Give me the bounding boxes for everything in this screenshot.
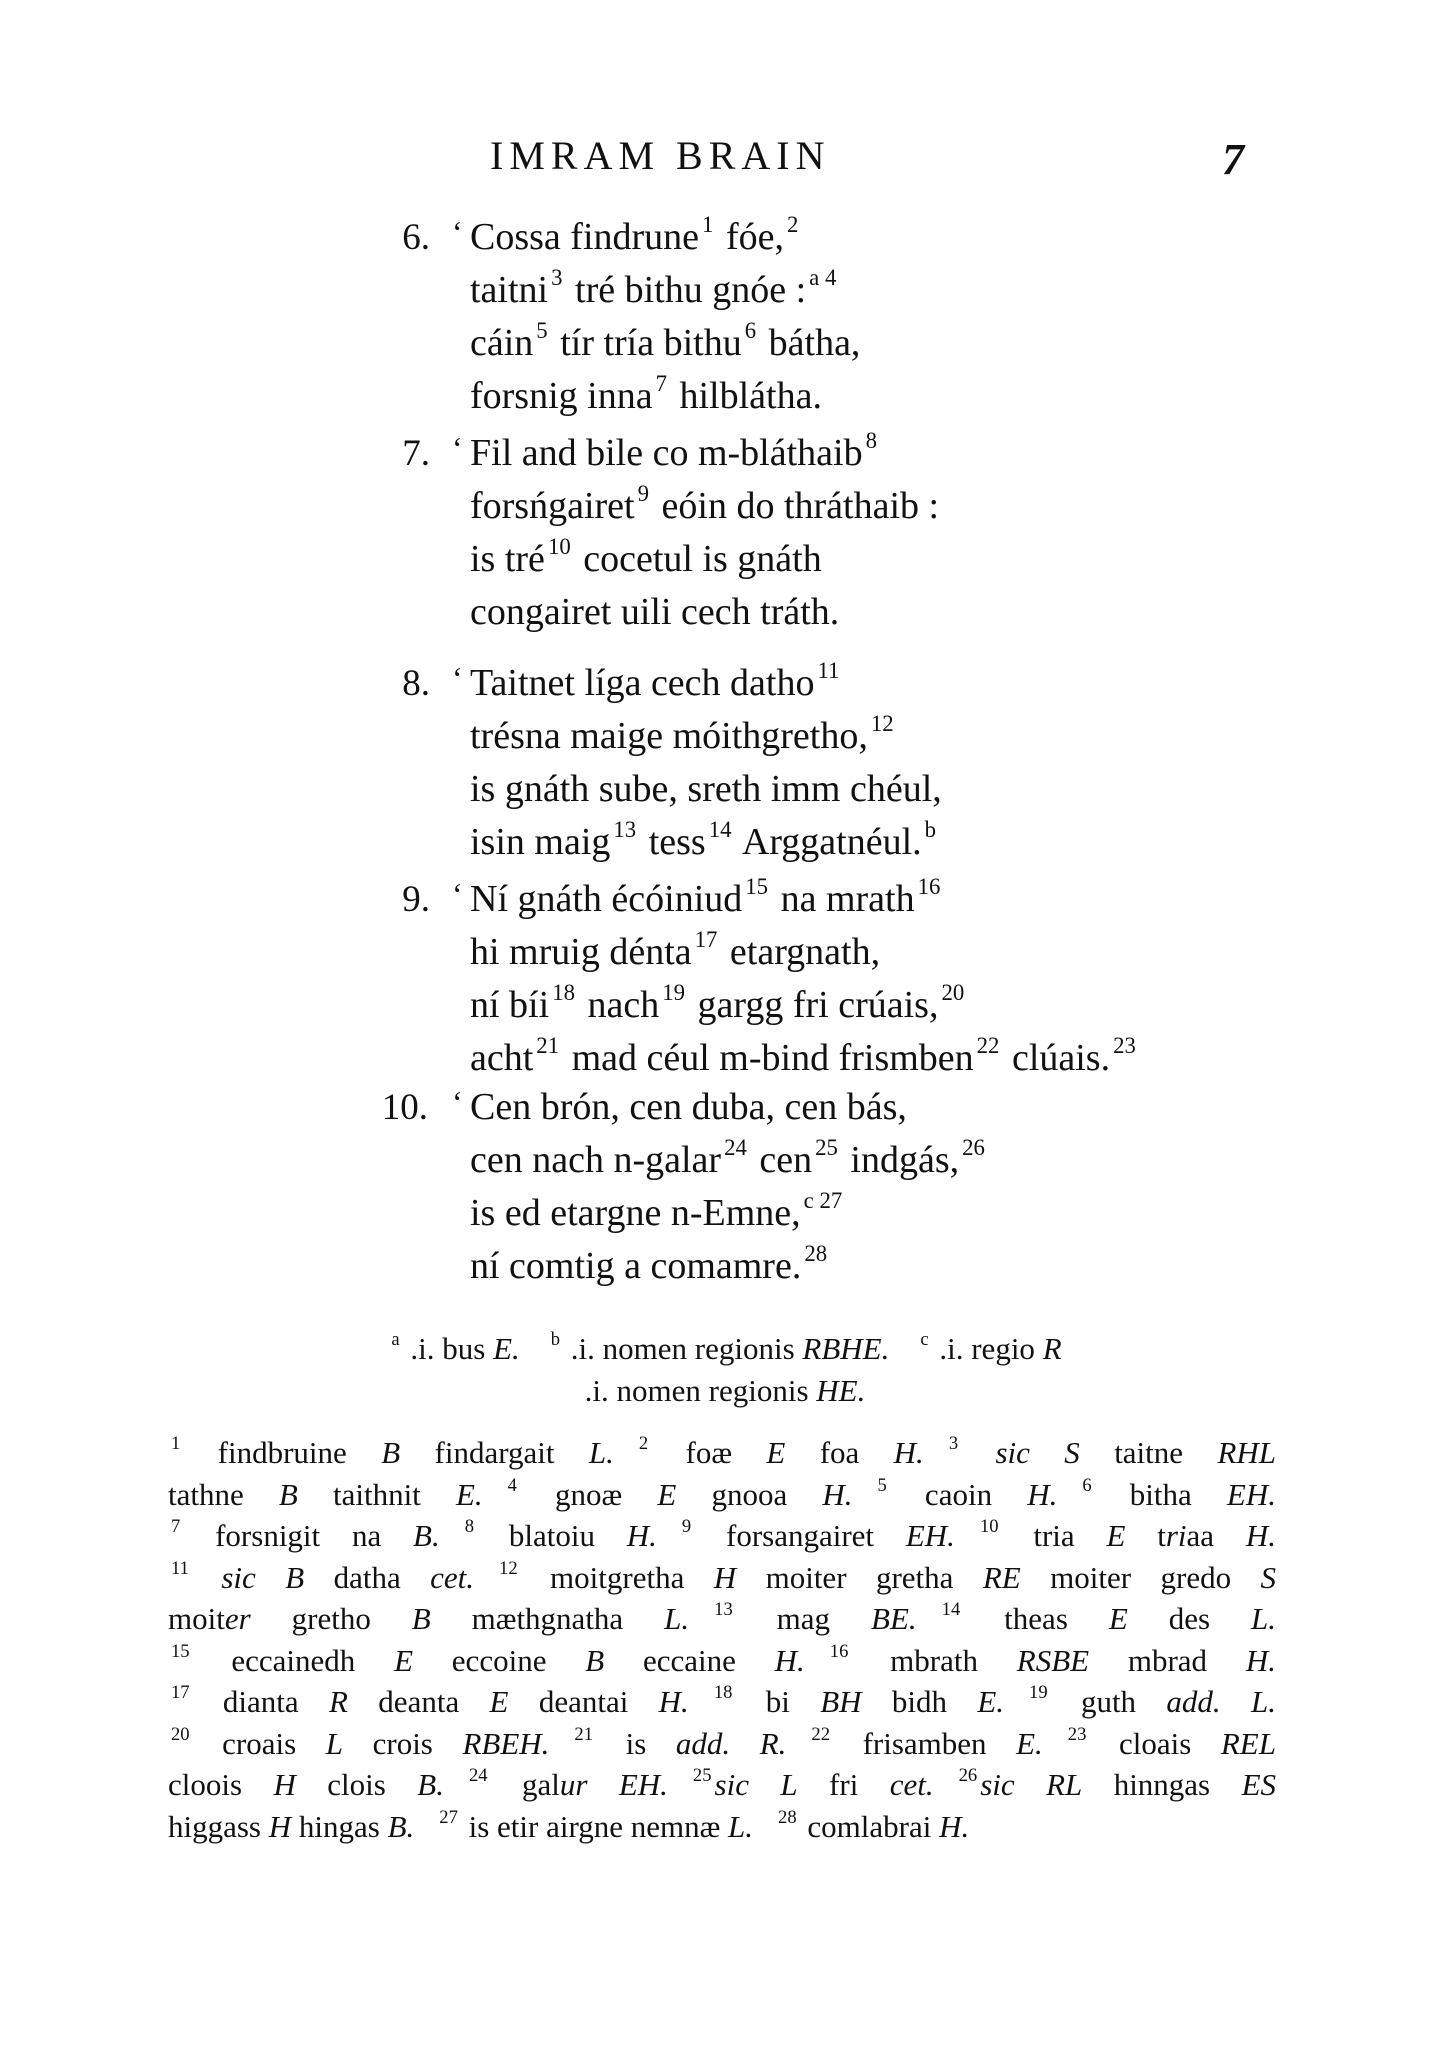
variant-line: 7 forsnigit na B.8 blatoiu H.9 forsangai… — [168, 1515, 1276, 1557]
footnote-marker: 28 — [778, 1807, 797, 1828]
verse-line: Ní gnáth écóiniud15 na mrath16 — [470, 876, 943, 922]
footnote-marker: 24 — [724, 1135, 747, 1160]
text-run: Ní gnáth écóiniud — [470, 878, 742, 920]
verse-line: trésna maige móithgretho,12 — [470, 713, 897, 759]
manuscript-siglum: L. — [664, 1601, 689, 1636]
footnote-marker: a — [391, 1329, 399, 1350]
variant-line: tathne B taithnit E.4 gnoæ E gnooa H.5 c… — [168, 1474, 1276, 1516]
opening-quote: ‘ — [452, 214, 463, 251]
footnote-marker: 22 — [977, 1033, 1000, 1058]
footnote-marker: c 27 — [804, 1188, 843, 1213]
footnote-marker: 25 — [693, 1765, 712, 1786]
footnote-marker: 3 — [551, 265, 562, 290]
text-run: gretho — [251, 1601, 412, 1636]
gloss-line: .i. nomen regionis HE. — [260, 1370, 1190, 1412]
manuscript-siglum: BH — [820, 1684, 861, 1719]
text-run: etargnath, — [720, 931, 880, 973]
footnote-marker: 5 — [878, 1475, 887, 1496]
text-run: gnoæ — [520, 1477, 657, 1512]
text-run: ní bíi — [470, 984, 549, 1026]
text-run: ní comtig a comamre. — [470, 1245, 801, 1287]
manuscript-siglum: cet. — [430, 1560, 474, 1595]
text-run: hingas — [291, 1809, 387, 1844]
manuscript-siglum: B — [279, 1477, 298, 1512]
text-run: mbrath — [851, 1643, 1016, 1678]
footnote-marker: 7 — [656, 371, 667, 396]
manuscript-siglum: E. — [493, 1331, 520, 1366]
footnote-marker: b — [551, 1329, 560, 1350]
footnote-marker: 15 — [745, 874, 768, 899]
text-run: eóin do thráthaib : — [652, 485, 939, 527]
manuscript-siglum: add. L. — [1166, 1684, 1276, 1719]
text-run: Arggatnéul. — [734, 821, 921, 863]
verse-line: cáin5 tír tría bithu6 bátha, — [470, 320, 860, 366]
text-run: taithnit — [298, 1477, 456, 1512]
verse-line: is gnáth sube, sreth imm chéul, — [470, 766, 942, 812]
manuscript-siglum: sic B — [192, 1560, 304, 1595]
text-run: forsnig inna — [470, 375, 653, 417]
footnote-marker: 14 — [709, 817, 732, 842]
footnote-marker: 17 — [695, 927, 718, 952]
variant-readings-footnotes: 1 findbruine B findargait L.2 foæ E foa … — [168, 1432, 1276, 1847]
verse-line: Fil and bile co m-bláthaib8 — [470, 430, 880, 476]
stanza-number: 10. — [338, 1086, 428, 1129]
text-run: isin maig — [470, 821, 610, 863]
text-run: bitha — [1095, 1477, 1227, 1512]
text-run: findbruine — [183, 1435, 381, 1470]
manuscript-siglum: R — [1043, 1331, 1062, 1366]
manuscript-siglum: H — [273, 1767, 295, 1802]
manuscript-siglum: RSBE — [1017, 1643, 1089, 1678]
footnote-marker: 26 — [959, 1765, 978, 1786]
text-run: mad céul m-bind frismben — [562, 1037, 974, 1079]
manuscript-siglum: ri — [1166, 1518, 1187, 1553]
footnote-marker: c — [920, 1329, 928, 1350]
manuscript-siglum: er — [225, 1601, 251, 1636]
text-run: caoin — [890, 1477, 1027, 1512]
text-run: nach — [578, 984, 659, 1026]
footnote-marker: 23 — [1068, 1724, 1087, 1745]
footnote-marker: 7 — [171, 1516, 180, 1537]
manuscript-siglum: EH. — [906, 1518, 955, 1553]
manuscript-siglum: B. — [413, 1518, 440, 1553]
running-title: IMRAM BRAIN — [490, 132, 830, 179]
footnote-marker: 22 — [811, 1724, 830, 1745]
opening-quote: ‘ — [452, 430, 463, 467]
footnote-marker: 10 — [548, 534, 571, 559]
text-run: Fil and bile co m-bláthaib — [470, 432, 863, 474]
text-run: moit — [168, 1601, 225, 1636]
footnote-marker: 27 — [439, 1807, 458, 1828]
manuscript-siglum: sic RL — [980, 1767, 1082, 1802]
footnote-marker: 19 — [662, 980, 685, 1005]
text-run: moiter gredo — [1021, 1560, 1261, 1595]
footnote-marker: 6 — [1082, 1475, 1091, 1496]
stanza-number: 9. — [340, 878, 430, 921]
verse-line: forsńgairet9 eóin do thráthaib : — [470, 483, 939, 529]
footnote-marker: 23 — [1113, 1033, 1136, 1058]
verse-line: isin maig13 tess14 Arggatnéul.b — [470, 819, 939, 865]
footnote-marker: b — [925, 817, 936, 842]
text-run: eccoine — [413, 1643, 585, 1678]
manuscript-siglum: L. — [589, 1435, 614, 1470]
text-run: acht — [470, 1037, 533, 1079]
text-run: cáin — [470, 322, 533, 364]
text-run: t — [1125, 1518, 1165, 1553]
manuscript-siglum: L — [326, 1726, 343, 1761]
manuscript-siglum: L. — [728, 1809, 753, 1844]
manuscript-siglum: R — [329, 1684, 348, 1719]
variant-line: 1 findbruine B findargait L.2 foæ E foa … — [168, 1432, 1276, 1474]
footnote-marker: 16 — [830, 1641, 849, 1662]
text-run: taitne — [1080, 1435, 1218, 1470]
text-run: foa — [785, 1435, 893, 1470]
footnote-marker: 11 — [171, 1558, 189, 1579]
text-run: congairet uili cech tráth. — [470, 591, 839, 633]
footnote-marker: 25 — [815, 1135, 838, 1160]
text-run: bidh — [862, 1684, 978, 1719]
footnote-marker: 1 — [171, 1433, 180, 1454]
text-run: taitni — [470, 269, 548, 311]
text-run: datha — [304, 1560, 430, 1595]
text-run: comlabrai — [800, 1809, 939, 1844]
manuscript-siglum: E — [657, 1477, 676, 1512]
variant-line: 11 sic B datha cet.12 moitgretha H moite… — [168, 1557, 1276, 1599]
text-run: bi — [735, 1684, 820, 1719]
footnote-marker: 24 — [469, 1765, 488, 1786]
text-run: mbrad — [1089, 1643, 1246, 1678]
verse-line: is ed etargne n-Emne,c 27 — [470, 1190, 845, 1236]
footnote-marker: 9 — [682, 1516, 691, 1537]
text-run: is etir airgne nemnæ — [461, 1809, 728, 1844]
lettered-glosses: a .i. bus E.b .i. nomen regionis RBHE.c … — [260, 1328, 1190, 1412]
stanza-number: 7. — [340, 432, 430, 475]
manuscript-siglum: E. — [1016, 1726, 1043, 1761]
text-run: frisamben — [833, 1726, 1016, 1761]
manuscript-siglum: E — [1109, 1601, 1128, 1636]
manuscript-siglum: E — [1106, 1518, 1125, 1553]
text-run: clúais. — [1002, 1037, 1110, 1079]
manuscript-siglum: E. — [456, 1477, 483, 1512]
manuscript-siglum: HE. — [816, 1373, 865, 1408]
text-run: higgass — [168, 1809, 269, 1844]
text-run: tír tría bithu — [551, 322, 742, 364]
text-run: cen — [750, 1139, 812, 1181]
variant-line: 15 eccainedh E eccoine B eccaine H.16 mb… — [168, 1640, 1276, 1682]
manuscript-siglum: RHL — [1217, 1435, 1276, 1470]
footnote-marker: 15 — [171, 1641, 190, 1662]
manuscript-siglum: BE. — [871, 1601, 917, 1636]
verse-line: Cen brón, cen duba, cen bás, — [470, 1084, 907, 1130]
text-run: Taitnet líga cech datho — [470, 662, 814, 704]
text-run: moiter gretha — [736, 1560, 983, 1595]
stanza-number: 8. — [340, 662, 430, 705]
footnote-marker: 13 — [613, 817, 636, 842]
manuscript-siglum: EH. — [1227, 1477, 1276, 1512]
footnote-marker: 14 — [942, 1599, 961, 1620]
text-run: croais — [193, 1726, 326, 1761]
text-run: crois — [343, 1726, 462, 1761]
manuscript-siglum: H. — [775, 1643, 805, 1678]
text-run: .i. nomen regionis — [563, 1331, 802, 1366]
text-run: cloais — [1089, 1726, 1220, 1761]
manuscript-siglum: RBHE. — [802, 1331, 889, 1366]
manuscript-siglum: RBEH. — [462, 1726, 549, 1761]
footnote-marker: 19 — [1029, 1682, 1048, 1703]
text-run: eccaine — [604, 1643, 774, 1678]
verse-line: Cossa findrune1 fóe,2 — [470, 214, 801, 260]
text-run: fóe, — [716, 216, 784, 258]
verse-line: hi mruig dénta17 etargnath, — [470, 929, 880, 975]
text-run: forsnigit na — [183, 1518, 413, 1553]
gloss-line: a .i. bus E.b .i. nomen regionis RBHE.c … — [260, 1328, 1190, 1370]
footnote-marker: a 4 — [809, 265, 836, 290]
footnote-marker: 8 — [866, 428, 877, 453]
manuscript-siglum: H. — [1246, 1518, 1276, 1553]
footnote-marker: 18 — [714, 1682, 733, 1703]
footnote-marker: 18 — [552, 980, 575, 1005]
text-run: gnooa — [676, 1477, 822, 1512]
verse-line: ní comtig a comamre.28 — [470, 1243, 830, 1289]
footnote-marker: 3 — [949, 1433, 958, 1454]
verse-line: ní bíi18 nach19 gargg fri crúais,20 — [470, 982, 967, 1028]
manuscript-siglum: sic L — [715, 1767, 798, 1802]
text-run: na mrath — [771, 878, 915, 920]
variant-line: cloois H clois B.24 galur EH.25sic L fri… — [168, 1764, 1276, 1806]
footnote-marker: 26 — [962, 1135, 985, 1160]
footnote-marker: 21 — [536, 1033, 559, 1058]
text-run: cocetul is gnáth — [574, 538, 822, 580]
text-run: deanta — [348, 1684, 490, 1719]
text-run: aa — [1187, 1518, 1246, 1553]
footnote-marker: 28 — [804, 1241, 827, 1266]
text-run: des — [1128, 1601, 1251, 1636]
text-run: foæ — [651, 1435, 766, 1470]
manuscript-siglum: E — [490, 1684, 509, 1719]
verse-line: is tré10 cocetul is gnáth — [470, 536, 822, 582]
manuscript-siglum: H. — [939, 1809, 969, 1844]
verse-line: forsnig inna7 hilblátha. — [470, 373, 822, 419]
variant-line: higgass H hingas B.27 is etir airgne nem… — [168, 1806, 1276, 1848]
text-run: trésna maige móithgretho, — [470, 715, 868, 757]
text-run: .i. nomen regionis — [585, 1373, 817, 1408]
footnote-marker: 13 — [714, 1599, 733, 1620]
footnote-marker: 20 — [941, 980, 964, 1005]
text-run: fri — [798, 1767, 890, 1802]
text-run: theas — [963, 1601, 1109, 1636]
opening-quote: ‘ — [452, 1084, 463, 1121]
text-run: hilblátha. — [670, 375, 822, 417]
manuscript-siglum: L. — [1251, 1601, 1276, 1636]
text-run: Cen brón, cen duba, cen bás, — [470, 1086, 907, 1128]
text-run: is — [596, 1726, 676, 1761]
text-run: gal — [491, 1767, 560, 1802]
footnote-marker: 17 — [171, 1682, 190, 1703]
stanza-number: 6. — [340, 216, 430, 259]
manuscript-siglum: S — [1261, 1560, 1277, 1595]
footnote-marker: 20 — [171, 1724, 190, 1745]
opening-quote: ‘ — [452, 876, 463, 913]
manuscript-siglum: ur EH. — [560, 1767, 668, 1802]
manuscript-siglum: H. — [894, 1435, 924, 1470]
text-run: .i. bus — [403, 1331, 493, 1366]
manuscript-siglum: RE — [983, 1560, 1021, 1595]
verse-line: Taitnet líga cech datho11 — [470, 660, 842, 706]
manuscript-siglum: add. R. — [676, 1726, 787, 1761]
text-run: findargait — [400, 1435, 589, 1470]
footnote-marker: 2 — [787, 212, 798, 237]
footnote-marker: 11 — [817, 658, 839, 683]
manuscript-siglum: H. — [627, 1518, 657, 1553]
text-run: forsangairet — [694, 1518, 906, 1553]
text-run: bátha, — [759, 322, 860, 364]
footnote-marker: 6 — [745, 318, 756, 343]
manuscript-siglum: ES — [1242, 1767, 1276, 1802]
text-run: forsńgairet — [470, 485, 635, 527]
text-run: .i. regio — [932, 1331, 1043, 1366]
text-run: gargg fri crúais, — [688, 984, 938, 1026]
manuscript-siglum: E. — [977, 1684, 1004, 1719]
manuscript-siglum: B — [381, 1435, 400, 1470]
manuscript-siglum: H. — [659, 1684, 689, 1719]
manuscript-siglum: cet. — [890, 1767, 934, 1802]
text-run: is ed etargne n-Emne, — [470, 1192, 801, 1234]
page-number: 7 — [1222, 134, 1244, 185]
text-run: cloois — [168, 1767, 273, 1802]
text-run: tré bithu gnóe : — [566, 269, 807, 311]
manuscript-siglum: H. — [1246, 1643, 1276, 1678]
footnote-marker: 4 — [508, 1475, 517, 1496]
verse-line: acht21 mad céul m-bind frismben22 clúais… — [470, 1035, 1139, 1081]
text-run: moitgretha — [521, 1560, 714, 1595]
footnote-marker: 12 — [871, 711, 894, 736]
text-run: is gnáth sube, sreth imm chéul, — [470, 768, 942, 810]
variant-line: 20 croais L crois RBEH.21 is add. R.22 f… — [168, 1723, 1276, 1765]
manuscript-siglum: REL — [1221, 1726, 1276, 1761]
manuscript-siglum: B. — [388, 1809, 415, 1844]
footnote-marker: 2 — [639, 1433, 648, 1454]
variant-line: moiter gretho B mæthgnatha L.13 mag BE.1… — [168, 1598, 1276, 1640]
footnote-marker: 16 — [918, 874, 941, 899]
text-run: hinngas — [1082, 1767, 1241, 1802]
verse-line: congairet uili cech tráth. — [470, 589, 839, 635]
variant-line: 17 dianta R deanta E deantai H.18 bi BH … — [168, 1681, 1276, 1723]
manuscript-siglum: E — [766, 1435, 785, 1470]
manuscript-siglum: H. — [822, 1477, 852, 1512]
text-run: indgás, — [841, 1139, 959, 1181]
manuscript-siglum: sic S — [961, 1435, 1080, 1470]
manuscript-siglum: B — [412, 1601, 431, 1636]
text-run: tess — [639, 821, 706, 863]
footnote-marker: 12 — [499, 1558, 518, 1579]
manuscript-siglum: B. — [417, 1767, 444, 1802]
text-run: cen nach n-galar — [470, 1139, 721, 1181]
text-run: tathne — [168, 1477, 279, 1512]
text-run: hi mruig dénta — [470, 931, 692, 973]
text-run: eccainedh — [193, 1643, 394, 1678]
text-run: clois — [296, 1767, 417, 1802]
text-run: dianta — [193, 1684, 329, 1719]
manuscript-siglum: H — [714, 1560, 736, 1595]
verse-line: taitni3 tré bithu gnóe :a 4 — [470, 267, 839, 313]
text-run: tria — [1002, 1518, 1107, 1553]
verse-line: cen nach n-galar24 cen25 indgás,26 — [470, 1137, 988, 1183]
text-run: is tré — [470, 538, 545, 580]
text-run: mæthgnatha — [431, 1601, 664, 1636]
footnote-marker: 9 — [638, 481, 649, 506]
footnote-marker: 10 — [980, 1516, 999, 1537]
manuscript-siglum: E — [394, 1643, 413, 1678]
text-run: guth — [1051, 1684, 1167, 1719]
footnote-marker: 5 — [536, 318, 547, 343]
footnote-marker: 21 — [574, 1724, 593, 1745]
manuscript-siglum: H — [269, 1809, 291, 1844]
manuscript-siglum: B — [585, 1643, 604, 1678]
footnote-marker: 8 — [465, 1516, 474, 1537]
text-run: blatoiu — [477, 1518, 627, 1553]
text-run: mag — [736, 1601, 871, 1636]
text-run: deantai — [508, 1684, 658, 1719]
text-run: Cossa findrune — [470, 216, 699, 258]
manuscript-siglum: H. — [1027, 1477, 1057, 1512]
opening-quote: ‘ — [452, 660, 463, 697]
footnote-marker: 1 — [702, 212, 713, 237]
